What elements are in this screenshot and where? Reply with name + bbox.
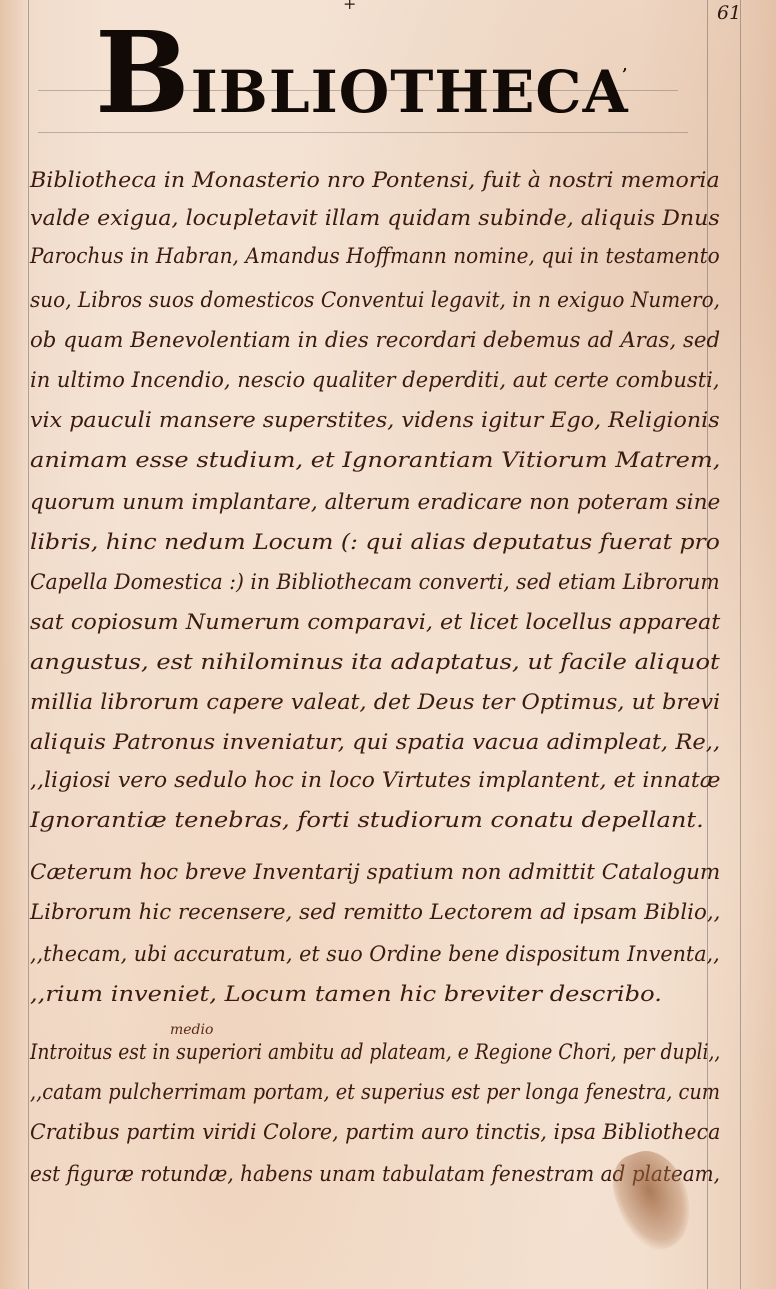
title-rest: IBLIOTHECA	[191, 58, 629, 126]
text-line: vix pauculi mansere superstites, videns …	[30, 408, 720, 432]
text-line: Capella Domestica :) in Bibliothecam con…	[30, 570, 720, 594]
text-line: ,,catam pulcherrimam portam, et superius…	[30, 1080, 720, 1104]
text-line: Parochus in Habran, Amandus Hoffmann nom…	[30, 244, 720, 268]
text-line: Bibliotheca in Monasterio nro Pontensi, …	[30, 168, 720, 192]
page-title: BIBLIOTHECA,	[95, 18, 628, 130]
text-line: millia librorum capere valeat, det Deus …	[30, 690, 720, 714]
text-line: Introitus est in superiori ambitu ad pla…	[30, 1040, 720, 1064]
manuscript-page: + 61 BIBLIOTHECA, Bibliotheca in Monaste…	[0, 0, 776, 1289]
text-line: angustus, est nihilominus ita adaptatus,…	[30, 650, 720, 674]
text-line: suo, Libros suos domesticos Conventui le…	[30, 288, 720, 312]
text-line: ,,ligiosi vero sedulo hoc in loco Virtut…	[30, 768, 720, 792]
text-line: quorum unum implantare, alterum eradicar…	[30, 490, 720, 514]
title-trailing-mark: ,	[623, 58, 629, 74]
title-initial: B	[95, 8, 191, 139]
text-line: ob quam Benevolentiam in dies recordari …	[30, 328, 720, 352]
text-line: ,,thecam, ubi accuratum, et suo Ordine b…	[30, 942, 720, 966]
text-line: sat copiosum Numerum comparavi, et licet…	[30, 610, 720, 634]
text-line: ,,rium inveniet, Locum tamen hic brevite…	[30, 982, 662, 1006]
top-cross-mark: +	[343, 0, 356, 13]
left-margin-rule	[28, 0, 29, 1289]
text-line: in ultimo Incendio, nescio qualiter depe…	[30, 368, 720, 392]
ink-stain	[603, 1141, 703, 1259]
text-line: libris, hinc nedum Locum (: qui alias de…	[30, 530, 720, 554]
folio-number: 61	[717, 2, 741, 24]
text-line: animam esse studium, et Ignorantiam Viti…	[30, 448, 720, 472]
text-line: valde exigua, locupletavit illam quidam …	[30, 206, 720, 230]
text-line: aliquis Patronus inveniatur, qui spatia …	[30, 730, 720, 754]
text-line: Cratibus partim viridi Colore, partim au…	[30, 1120, 720, 1144]
text-line: Ignorantiæ tenebras, forti studiorum con…	[30, 808, 704, 832]
interlinear-insertion: medio	[170, 1022, 213, 1038]
right-margin-rule-outer	[740, 0, 741, 1289]
text-line: Librorum hic recensere, sed remitto Lect…	[30, 900, 720, 924]
text-line: Cæterum hoc breve Inventarij spatium non…	[30, 860, 720, 884]
